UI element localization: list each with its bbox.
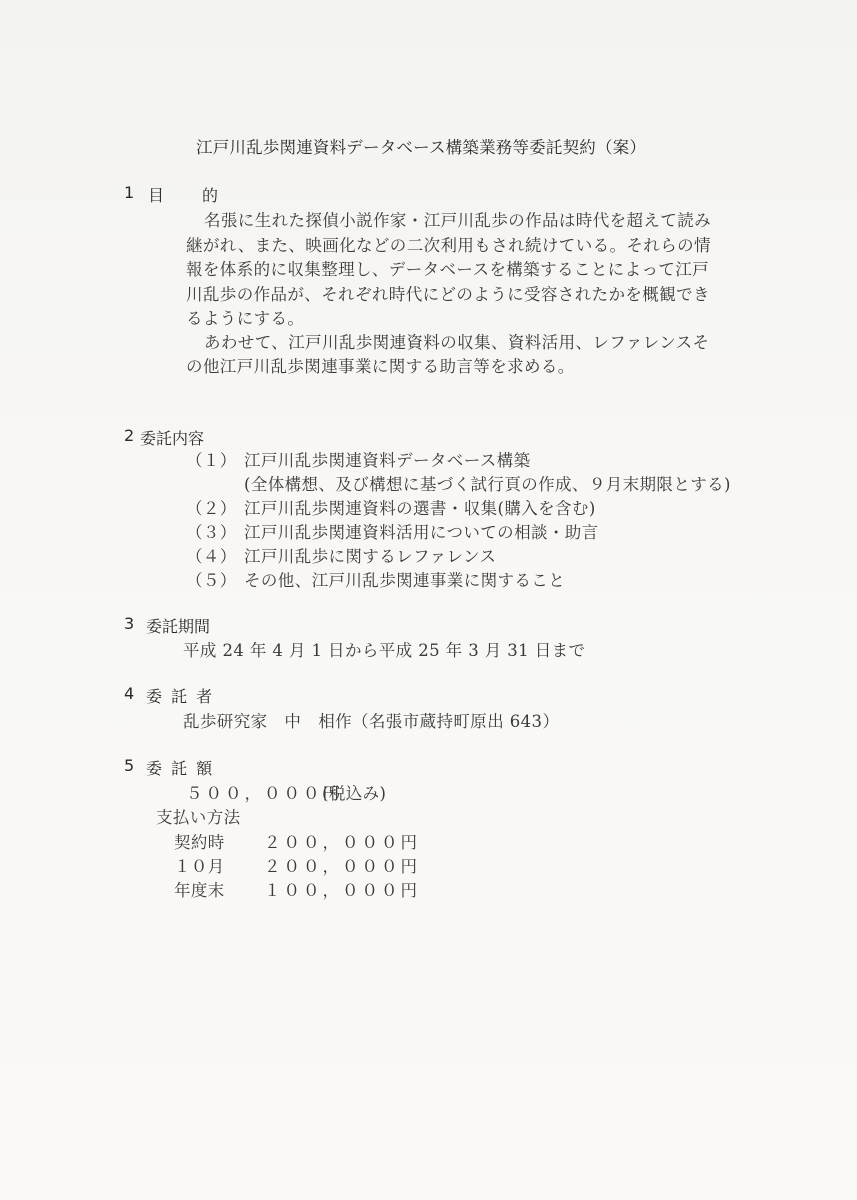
content-item-3-label: （３）: [186, 519, 237, 543]
content-item-3-text: 江戸川乱歩関連資料活用についての相談・助言: [244, 519, 599, 543]
content-item-1-note: (全体構想、及び構想に基づく試行頁の作成、９月末期限とする): [244, 471, 731, 495]
payment-3-timing: 年度末: [174, 877, 225, 901]
payment-2-timing: １０月: [174, 853, 225, 877]
payment-1-amount: ２００，０００円: [264, 829, 420, 853]
payment-method-label: 支払い方法: [156, 804, 241, 828]
contract-period: 平成 24 年 4 月 1 日から平成 25 年 3 月 31 日まで: [183, 637, 585, 661]
section-2-heading: 委託内容: [140, 426, 204, 449]
purpose-line-4: 川乱歩の作品が、それぞれ時代にどのように受容されたかを概観でき: [186, 281, 710, 305]
document-page: 江戸川乱歩関連資料データベース構築業務等委託契約（案） 1 目 的 名張に生れた…: [0, 0, 857, 1200]
purpose-line-2: 継がれ、また、映画化などの二次利用もされ続けている。それらの情: [186, 232, 711, 256]
tax-note: (税込み): [322, 780, 386, 804]
payment-2-amount: ２００，０００円: [264, 853, 420, 877]
section-1-number: 1: [124, 183, 134, 202]
content-item-1-label: （１）: [186, 447, 237, 471]
section-3-heading: 委託期間: [146, 614, 210, 637]
purpose-line-6: あわせて、江戸川乱歩関連資料の収集、資料活用、レファレンスそ: [204, 329, 709, 353]
contractor: 乱歩研究家 中 相作（名張市蔵持町原出 643）: [183, 708, 559, 732]
purpose-line-7: の他江戸川乱歩関連事業に関する助言等を求める。: [186, 353, 575, 377]
content-item-4-label: （４）: [186, 543, 237, 567]
section-4-heading: 委 託 者: [146, 684, 214, 707]
content-item-2-label: （２）: [186, 495, 237, 519]
content-item-4-text: 江戸川乱歩に関するレファレンス: [244, 543, 496, 567]
content-item-5-label: （５）: [186, 567, 237, 591]
section-2-number: 2: [124, 426, 134, 445]
purpose-line-1: 名張に生れた探偵小説作家・江戸川乱歩の作品は時代を超えて読み: [204, 207, 711, 231]
section-5-number: 5: [124, 756, 134, 775]
section-4-number: 4: [124, 684, 134, 703]
content-item-1-text: 江戸川乱歩関連資料データベース構築: [244, 447, 530, 471]
purpose-line-3: 報を体系的に収集整理し、データベースを構築することによって江戸: [186, 256, 709, 280]
payment-3-amount: １００，０００円: [264, 877, 420, 901]
section-3-number: 3: [124, 614, 134, 633]
contract-amount: ５００，０００円: [186, 780, 342, 804]
purpose-line-5: るようにする。: [186, 305, 304, 329]
payment-1-timing: 契約時: [174, 829, 225, 853]
content-item-5-text: その他、江戸川乱歩関連事業に関すること: [244, 567, 565, 591]
section-5-heading: 委 託 額: [146, 756, 214, 779]
section-1-heading: 目 的: [148, 183, 220, 206]
document-title: 江戸川乱歩関連資料データベース構築業務等委託契約（案）: [196, 134, 646, 158]
content-item-2-text: 江戸川乱歩関連資料の選書・収集(購入を含む): [244, 495, 596, 519]
